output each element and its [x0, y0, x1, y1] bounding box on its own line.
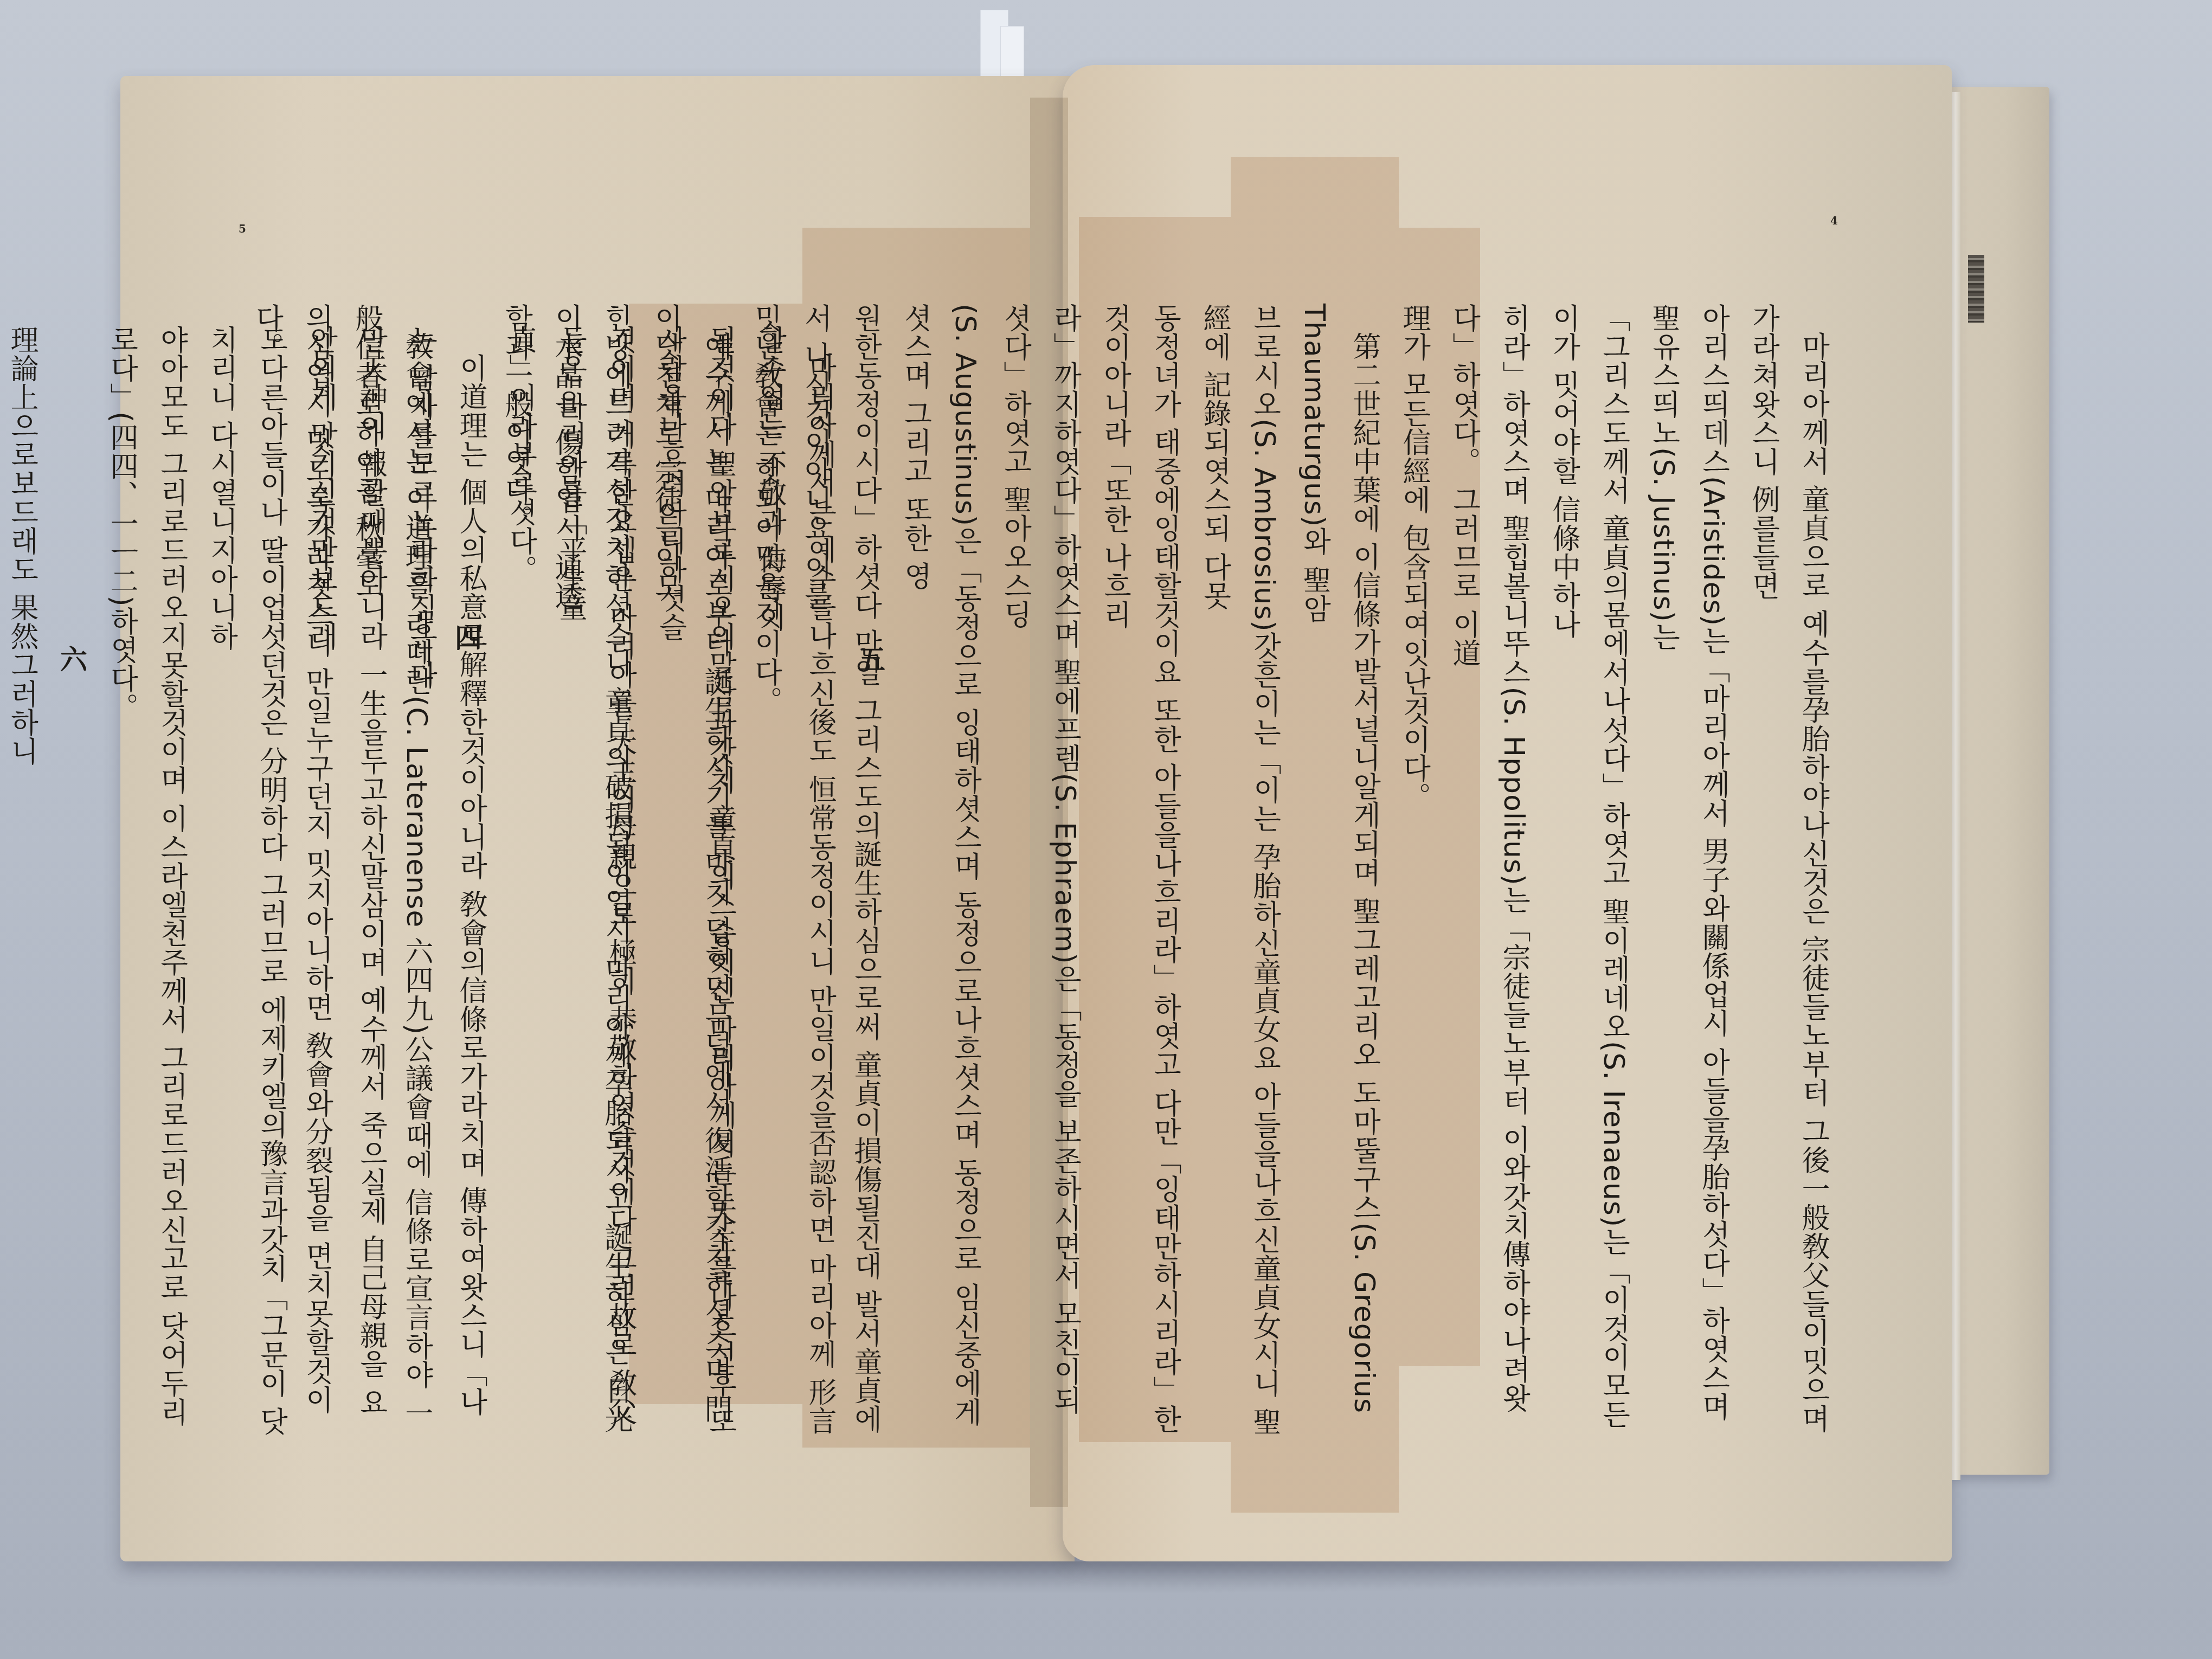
text-line: 것이며 거륵한요셉은 마리아를 天主의母親으로 極히 恭敬하엿슬것이다 그런故로… [545, 325, 645, 1437]
cover-ornament-strip [1968, 255, 1984, 323]
text-line: 야아모도 그리로드러오지못할것이며 이스라엘천주께서 그리로드러오신고로 닷어두… [97, 325, 196, 1437]
text-line: 히라」하엿스며 聖힙볼니뚜스(S. Hppolitus)는「宗徒들노부터 이와갓… [1439, 304, 1539, 1442]
text-line: 동정녀가 태중에잉태할것이요 또한 아들을나흐리라」하엿고 다만「잉태만하시리라… [1090, 304, 1189, 1442]
text-line: 만天神이 報할때뿐아니라 一生을두고하신말삼이며 예수께서 죽으실제 自己母親을… [296, 325, 396, 1437]
text-line: 第二世紀中葉에 이信條가발서널니알게되며 聖그레고리오 도마뚤구스(S. Gre… [1289, 304, 1389, 1442]
text-line: 마리아께서는 예수를나흐신後도 恒常동정이시니 만일이것을否認하면 마리아께 形… [745, 325, 845, 1437]
section-heading: 六 [47, 325, 97, 1437]
book-shadow [163, 1561, 1952, 1594]
text-line: 이道理는 個人의私意로解釋한것이아니라 敎會의信條로가라치며 傳하여왓스니「나는… [396, 325, 496, 1437]
text-line: (S. Augustinus)은「동정으로 잉태하셧스며 동정으로나흐셧스며 동… [890, 304, 990, 1442]
section-heading: 五 [845, 325, 895, 1437]
text-line: 貞」이라부르셧다。 [496, 325, 545, 1437]
text-line: 도다른아들이나 딸이업섯던것은 分明하다 그러므로 에제키엘의豫言과갓치「그문이… [196, 325, 296, 1437]
text-line: 브로시오(S. Ambrosius)갓흔이는「이는 孕胎하신童貞女요 아들을나흐… [1189, 304, 1289, 1442]
page-number-left: 5 [239, 222, 246, 235]
text-line: 라」까지하엿다」하엿스며 聖에프렘(S. Ephraem)은「동정을 보존하시면… [990, 304, 1090, 1442]
text-line: 理가 모든信經에 包含되여잇난것이다。 [1389, 304, 1439, 1442]
text-line: 아리스띄데스(Aristides)는「마리아께서 男子와關係업시 아들을孕胎하섯… [1638, 304, 1738, 1442]
page-number-right: 4 [1830, 214, 1838, 227]
left-page-text: 五마리아께서는 예수를나흐신後도 恒常동정이시니 만일이것을否認하면 마리아께 … [0, 325, 895, 1437]
text-line: 마리아께서 童貞으로 예수를孕胎하야나신것은 宗徒들노부터 그後一般敎父들이밋으… [1738, 304, 1838, 1442]
text-line: 될것이다 聖암브로시오의말삼과갓치 童貞의스승이신 마리아께서는 天主를나흐신후… [645, 325, 745, 1437]
page-edge-highlight [1951, 92, 1960, 1480]
text-line: 理論上으로보드래도 果然그러하니 [0, 325, 47, 1437]
text-line: 「그리스도께서 童貞의몸에서나섯다」하엿고 聖이레네오(S. Irenaeus)… [1539, 304, 1638, 1442]
